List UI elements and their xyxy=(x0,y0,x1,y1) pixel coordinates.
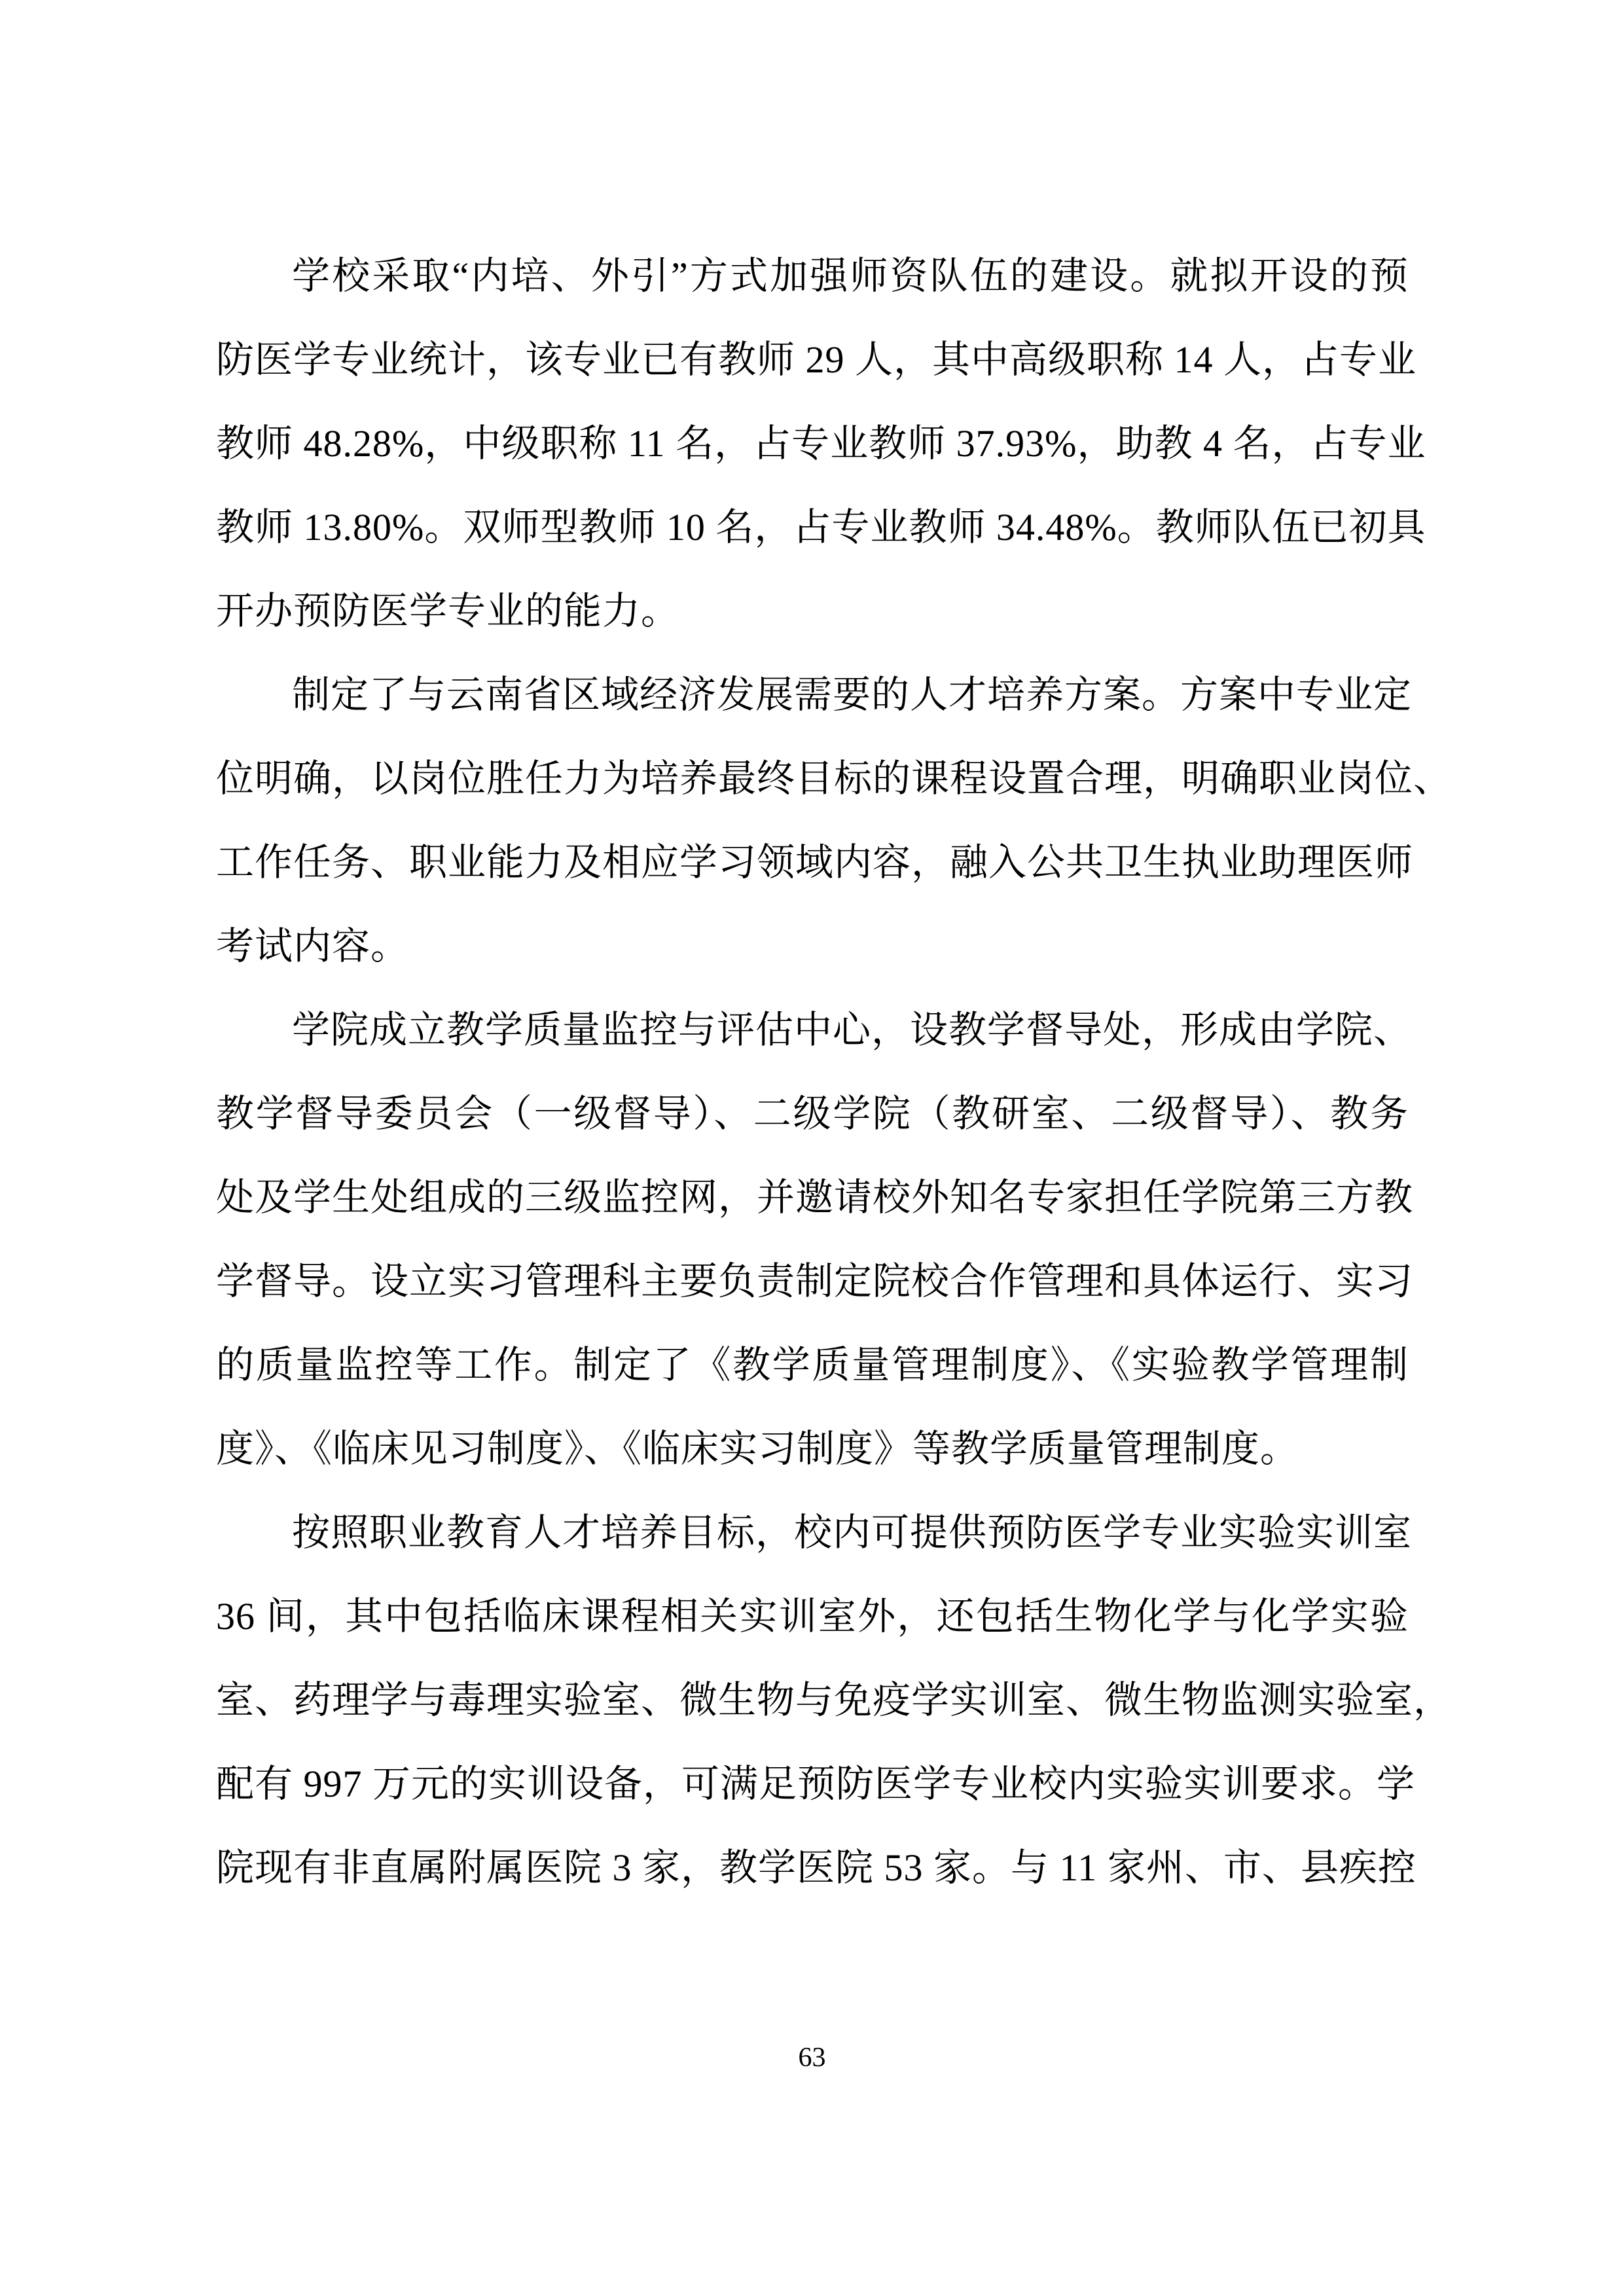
text-line: 位明确，以岗位胜任力为培养最终目标的课程设置合理，明确职业岗位、 xyxy=(216,737,1409,821)
text-line: 室、药理学与毒理实验室、微生物与免疫学实训室、微生物监测实验室， xyxy=(216,1659,1409,1742)
document-page: 学校采取“内培、外引”方式加强师资队伍的建设。就拟开设的预 防医学专业统计，该专… xyxy=(0,0,1624,2296)
text-line: 的质量监控等工作。制定了《教学质量管理制度》、《实验教学管理制 xyxy=(216,1323,1409,1407)
text-line: 度》、《临床见习制度》、《临床实习制度》等教学质量管理制度。 xyxy=(216,1407,1409,1491)
text-line: 院现有非直属附属医院 3 家，教学医院 53 家。与 11 家州、市、县疾控 xyxy=(216,1826,1409,1910)
text-line: 教师 13.80%。双师型教师 10 名，占专业教师 34.48%。教师队伍已初… xyxy=(216,486,1409,569)
text-line: 配有 997 万元的实训设备，可满足预防医学专业校内实验实训要求。学 xyxy=(216,1742,1409,1826)
text-line: 学院成立教学质量监控与评估中心，设教学督导处，形成由学院、 xyxy=(216,988,1409,1072)
text-line: 考试内容。 xyxy=(216,905,1409,988)
text-line: 教学督导委员会（一级督导）、二级学院（教研室、二级督导）、教务 xyxy=(216,1072,1409,1156)
body-text: 学校采取“内培、外引”方式加强师资队伍的建设。就拟开设的预 防医学专业统计，该专… xyxy=(216,234,1409,1910)
text-line: 防医学专业统计，该专业已有教师 29 人，其中高级职称 14 人，占专业 xyxy=(216,318,1409,402)
text-line: 处及学生处组成的三级监控网，并邀请校外知名专家担任学院第三方教 xyxy=(216,1156,1409,1240)
page-number: 63 xyxy=(0,2041,1624,2075)
text-line: 学校采取“内培、外引”方式加强师资队伍的建设。就拟开设的预 xyxy=(216,234,1409,318)
text-line: 开办预防医学专业的能力。 xyxy=(216,569,1409,653)
text-line: 制定了与云南省区域经济发展需要的人才培养方案。方案中专业定 xyxy=(216,653,1409,737)
text-line: 教师 48.28%，中级职称 11 名，占专业教师 37.93%，助教 4 名，… xyxy=(216,402,1409,486)
text-line: 工作任务、职业能力及相应学习领域内容，融入公共卫生执业助理医师 xyxy=(216,821,1409,905)
text-line: 按照职业教育人才培养目标，校内可提供预防医学专业实验实训室 xyxy=(216,1491,1409,1575)
text-line: 学督导。设立实习管理科主要负责制定院校合作管理和具体运行、实习 xyxy=(216,1240,1409,1323)
text-line: 36 间，其中包括临床课程相关实训室外，还包括生物化学与化学实验 xyxy=(216,1575,1409,1659)
